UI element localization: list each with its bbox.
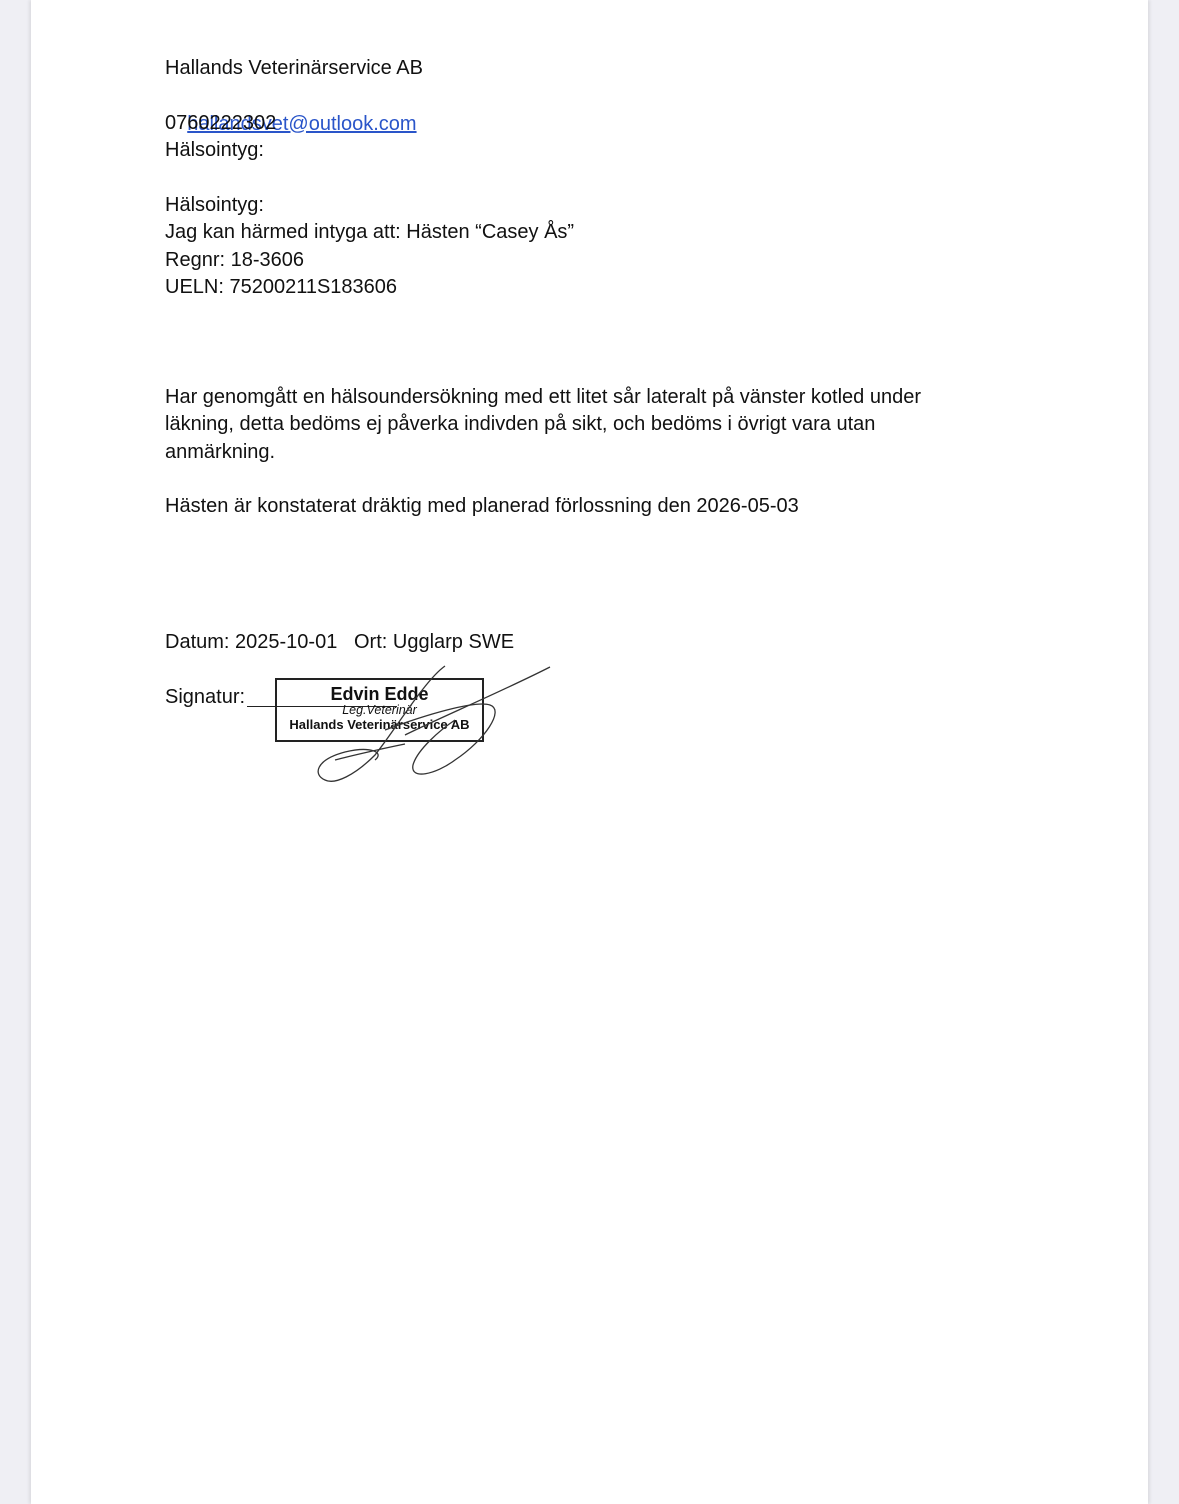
pregnancy-statement: Hästen är konstaterat dräktig med planer… bbox=[165, 493, 799, 521]
exam-paragraph: Har genomgått en hälsoundersökning med e… bbox=[165, 384, 965, 466]
document-page: Hallands Veterinärservice AB hallandsvet… bbox=[31, 0, 1148, 1504]
handwritten-signature-icon bbox=[275, 660, 565, 790]
registration-number: Regnr: 18-3606 bbox=[165, 247, 304, 275]
company-name: Hallands Veterinärservice AB bbox=[165, 55, 423, 83]
ueln-number: UELN: 75200211S183606 bbox=[165, 274, 397, 302]
signature-label: Signatur: bbox=[165, 684, 245, 712]
doc-label: Hälsointyg: bbox=[165, 137, 264, 165]
date-place: Datum: 2025-10-01 Ort: Ugglarp SWE bbox=[165, 629, 514, 657]
certificate-statement: Jag kan härmed intyga att: Hästen “Casey… bbox=[165, 219, 574, 247]
phone-number: 0760222302 bbox=[165, 110, 276, 138]
certificate-heading: Hälsointyg: bbox=[165, 192, 264, 220]
